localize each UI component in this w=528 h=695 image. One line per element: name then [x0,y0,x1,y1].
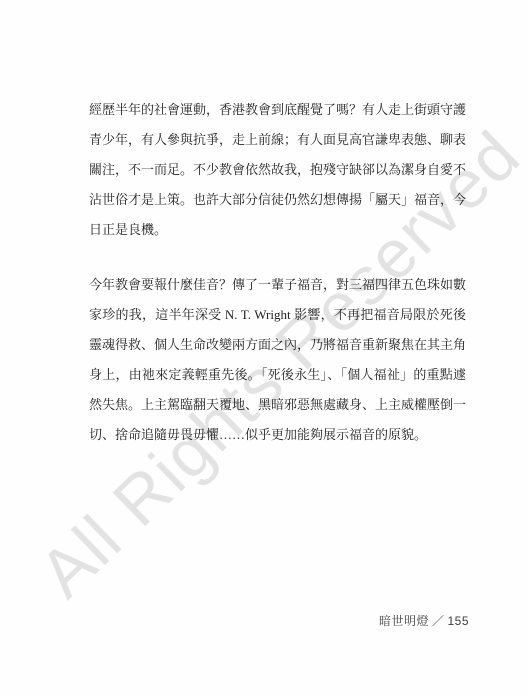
text-line: 家珍的我，這半年深受 N. T. Wright 影響，不再把福音局限於死後 [89,300,466,330]
text-line: 沾世俗才是上策。也許大部分信徒仍然幻想傳揚「屬天」福音，今 [89,185,466,215]
text-line: 關注，不一而足。不少教會依然故我，抱殘守缺郤以為潔身自愛不 [89,155,466,185]
book-page: All Rights Reserved 經歷半年的社會運動，香港教會到底醒覺了嗎… [0,0,528,695]
text-line: 身上，由祂來定義輕重先後。「死後永生」、「個人福祉」的重點遽 [89,360,466,390]
text-line: 經歷半年的社會運動，香港教會到底醒覺了嗎？有人走上街頭守護 [89,95,466,125]
paragraph-2: 今年教會要報什麼佳音？傳了一輩子福音，對三福四律五色珠如數 家珍的我，這半年深受… [89,270,466,450]
page-content: 經歷半年的社會運動，香港教會到底醒覺了嗎？有人走上街頭守護 青少年，有人參與抗爭… [89,95,466,450]
page-footer: 暗世明燈／155 [379,614,469,629]
footer-separator: ／ [432,614,445,628]
page-number: 155 [447,614,469,628]
paragraph-1: 經歷半年的社會運動，香港教會到底醒覺了嗎？有人走上街頭守護 青少年，有人參與抗爭… [89,95,466,245]
text-line: 日正是良機。 [89,215,466,245]
text-line: 靈魂得救、個人生命改變兩方面之內，乃將福音重新聚焦在其主角 [89,330,466,360]
text-line: 青少年，有人參與抗爭，走上前線；有人面見高官謙卑表態、聊表 [89,125,466,155]
text-line: 今年教會要報什麼佳音？傳了一輩子福音，對三福四律五色珠如數 [89,270,466,300]
text-line: 然失焦。上主駕臨翻天覆地、黑暗邪惡無處藏身、上主威權壓倒一 [89,390,466,420]
text-line: 切、捨命追隨毋畏毋懼……似乎更加能夠展示福音的原貌。 [89,420,466,450]
book-title: 暗世明燈 [379,614,429,628]
